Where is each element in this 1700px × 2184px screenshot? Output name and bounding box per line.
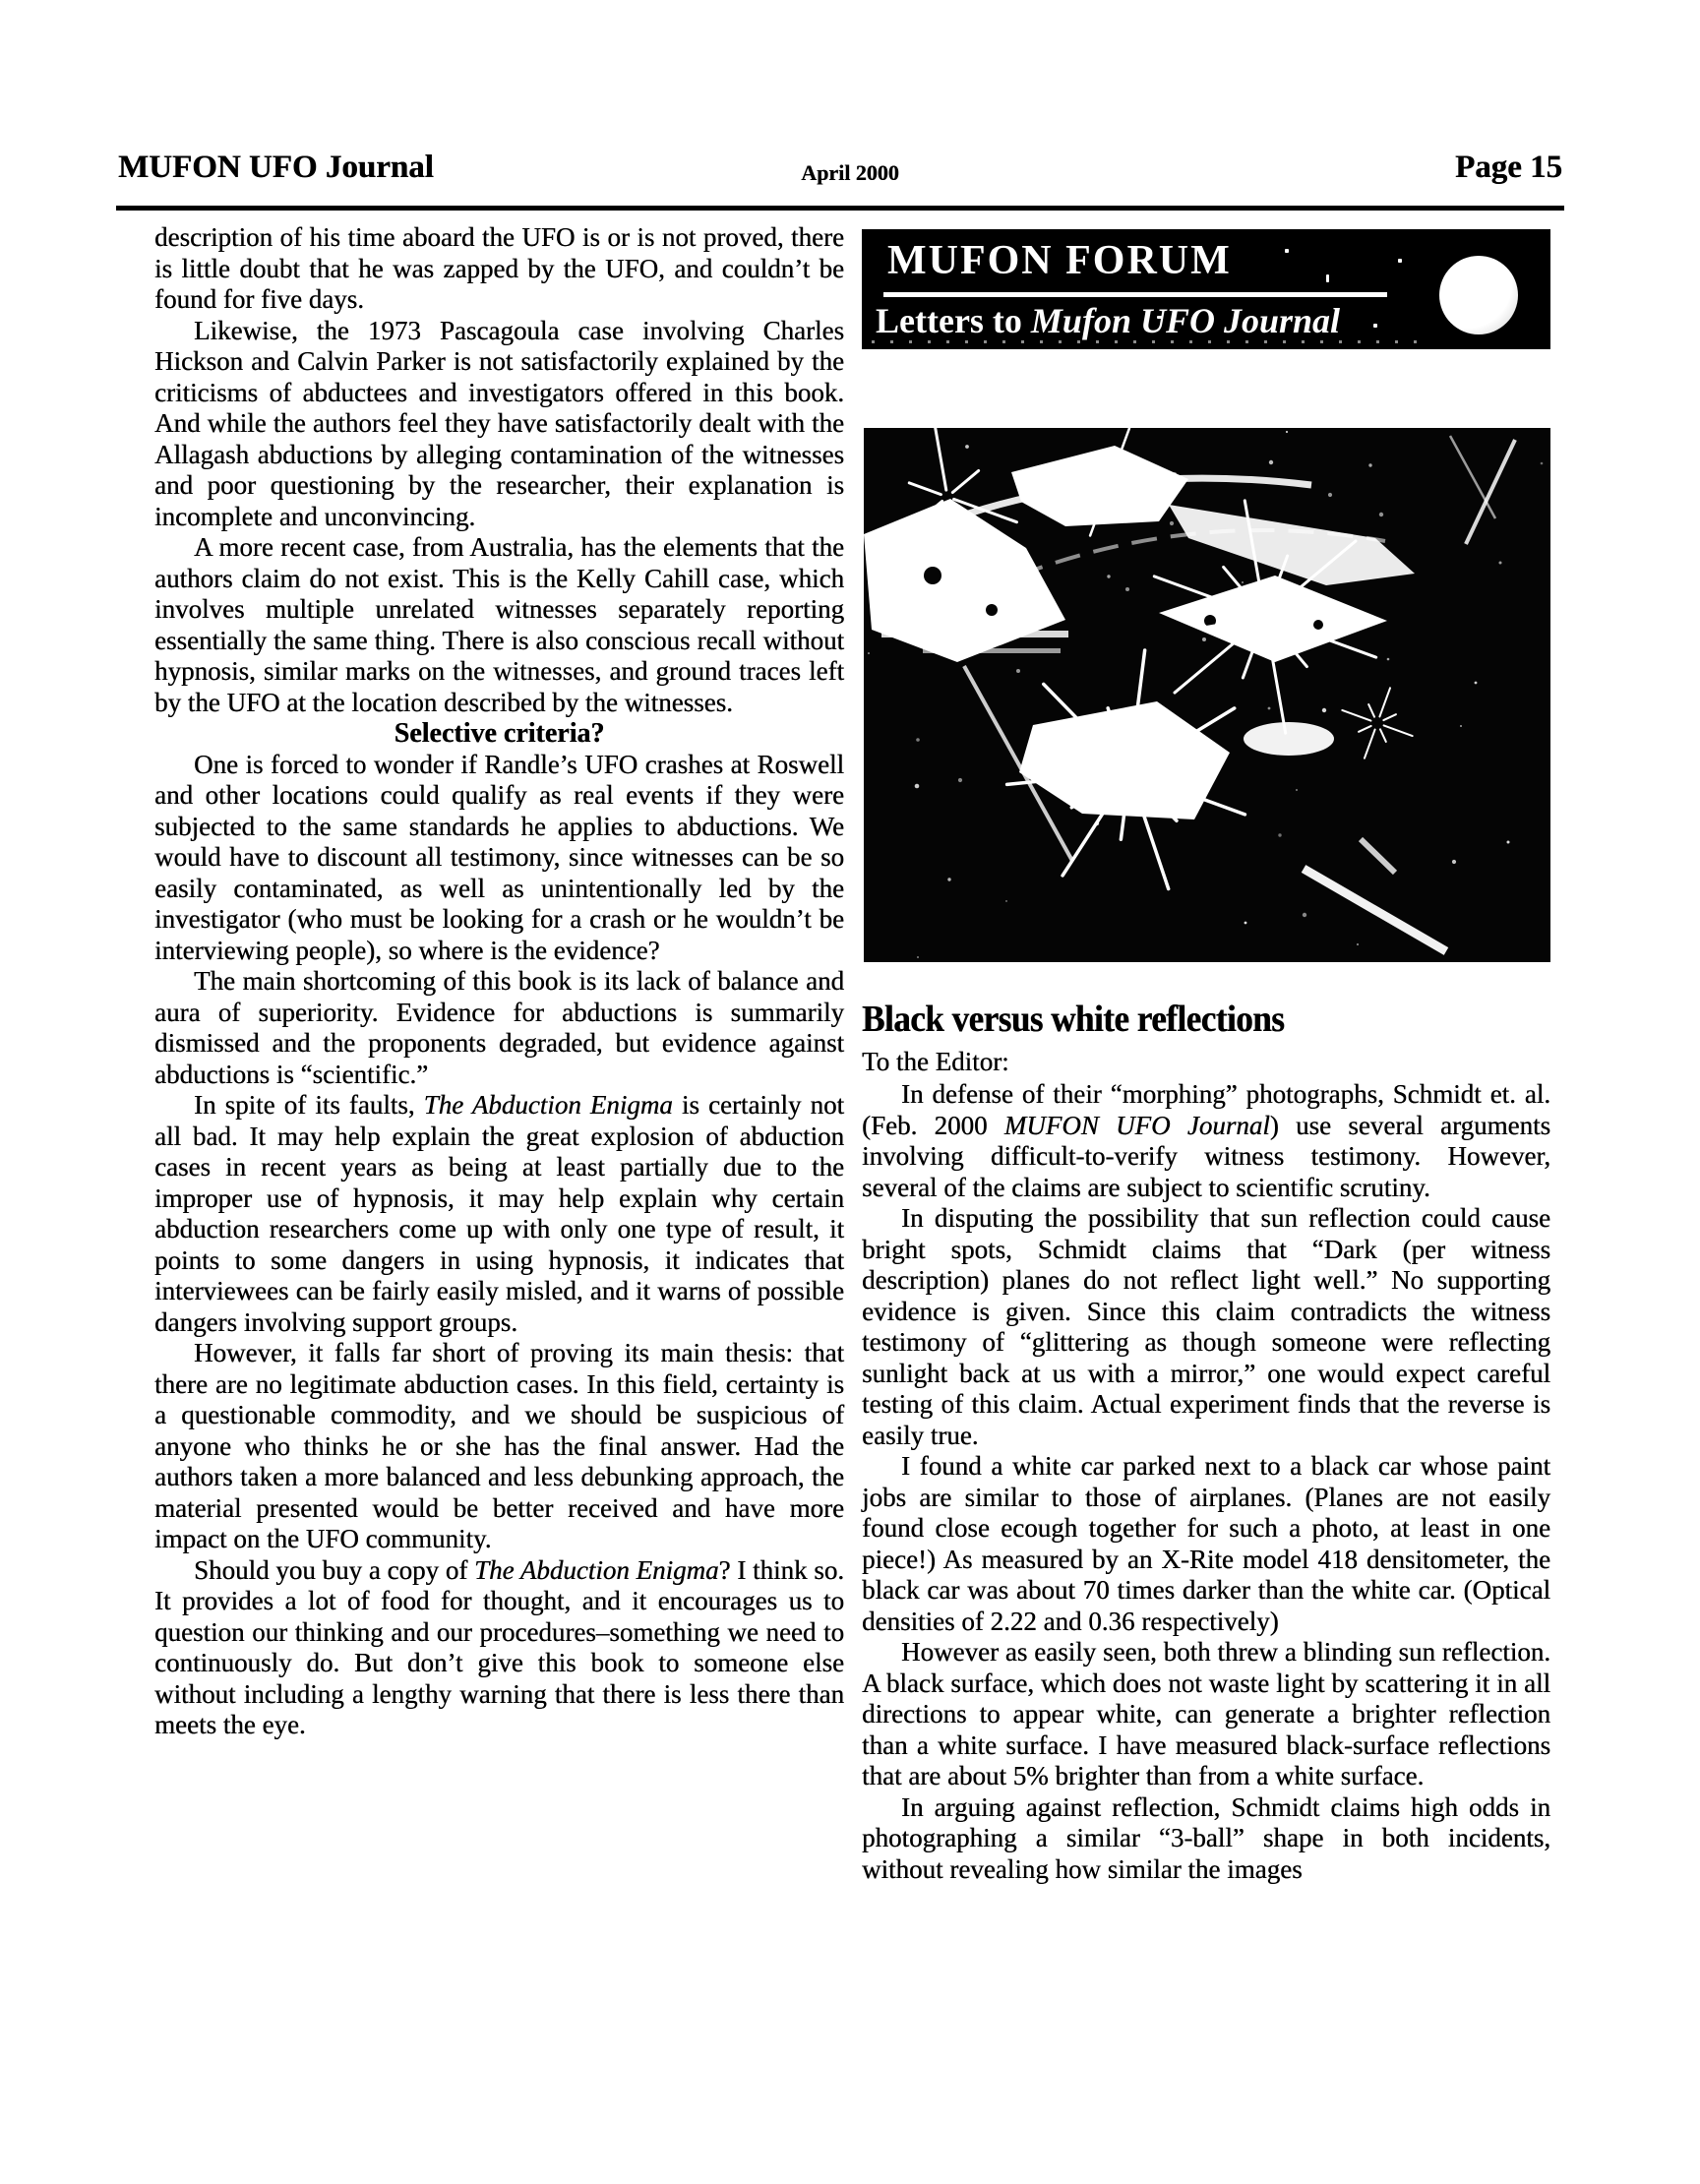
text-run: Should you buy a copy of	[194, 1555, 474, 1585]
text-run: A more recent case, from Australia, has …	[154, 532, 844, 717]
text-run: In spite of its faults,	[194, 1090, 424, 1120]
ufo-reflection-photo	[864, 428, 1550, 962]
paragraph: However, it falls far short of proving i…	[154, 1338, 844, 1555]
banner-title: MUFON FORUM	[887, 237, 1232, 284]
text-run: is certainly not all bad. It may help ex…	[154, 1090, 844, 1337]
section-heading: Selective criteria?	[154, 718, 844, 750]
speck	[1326, 274, 1329, 282]
banner-rule	[883, 292, 1387, 297]
moon-icon	[1439, 256, 1518, 334]
speck	[1157, 316, 1163, 319]
letter-body: In defense of their “morphing” photograp…	[862, 1079, 1550, 1885]
paragraph: In arguing against reflection, Schmidt c…	[862, 1792, 1550, 1886]
text-run: The main shortcoming of this book is its…	[154, 966, 844, 1089]
banner-subtitle-plain: Letters to	[876, 301, 1031, 340]
paragraph: One is forced to wonder if Randle’s UFO …	[154, 750, 844, 967]
letter-heading: Black versus white reflections	[862, 998, 1284, 1041]
speck	[1285, 249, 1289, 253]
text-run: In disputing the possibility that sun re…	[862, 1203, 1550, 1450]
text-run: In arguing against reflection, Schmidt c…	[862, 1792, 1550, 1884]
banner-subtitle: Letters to Mufon UFO Journal	[876, 300, 1340, 341]
text-run: description of his time aboard the UFO i…	[154, 222, 844, 314]
header-rule	[116, 206, 1564, 211]
paragraph: A more recent case, from Australia, has …	[154, 532, 844, 718]
text-run: One is forced to wonder if Randle’s UFO …	[154, 750, 844, 965]
journal-page: MUFON UFO Journal April 2000 Page 15 des…	[0, 0, 1700, 2184]
text-run: MUFON UFO Journal	[1004, 1111, 1270, 1140]
text-run: The Abduction Enigma	[474, 1555, 719, 1585]
page-number: Page 15	[1455, 150, 1562, 186]
text-run: Likewise, the 1973 Pascagoula case invol…	[154, 316, 844, 531]
paragraph: In defense of their “morphing” photograp…	[862, 1079, 1550, 1203]
banner-noise-texture	[872, 340, 1423, 343]
paragraph: However as easily seen, both threw a bli…	[862, 1637, 1550, 1792]
text-run: I found a white car parked next to a bla…	[862, 1451, 1550, 1636]
right-column: MUFON FORUM Letters to Mufon UFO Journal	[862, 222, 1550, 2184]
paragraph: description of his time aboard the UFO i…	[154, 222, 844, 316]
paragraph: I found a white car parked next to a bla…	[862, 1451, 1550, 1637]
text-run: The Abduction Enigma	[424, 1090, 673, 1120]
paragraph: In disputing the possibility that sun re…	[862, 1203, 1550, 1451]
letter-salutation: To the Editor:	[862, 1047, 1009, 1078]
paragraph: Should you buy a copy of The Abduction E…	[154, 1555, 844, 1741]
speck	[1398, 259, 1402, 263]
paragraph: Likewise, the 1973 Pascagoula case invol…	[154, 316, 844, 533]
speck	[1373, 324, 1377, 328]
text-run: However as easily seen, both threw a bli…	[862, 1637, 1550, 1790]
left-column: description of his time aboard the UFO i…	[154, 222, 844, 1741]
issue-date: April 2000	[801, 160, 899, 186]
text-run: Selective criteria?	[395, 718, 605, 749]
banner-subtitle-journal: Mufon UFO Journal	[1031, 301, 1340, 340]
paragraph: The main shortcoming of this book is its…	[154, 966, 844, 1090]
text-run: However, it falls far short of proving i…	[154, 1338, 844, 1553]
paragraph: In spite of its faults, The Abduction En…	[154, 1090, 844, 1338]
journal-title: MUFON UFO Journal	[118, 150, 434, 186]
mufon-forum-banner: MUFON FORUM Letters to Mufon UFO Journal	[862, 229, 1550, 349]
